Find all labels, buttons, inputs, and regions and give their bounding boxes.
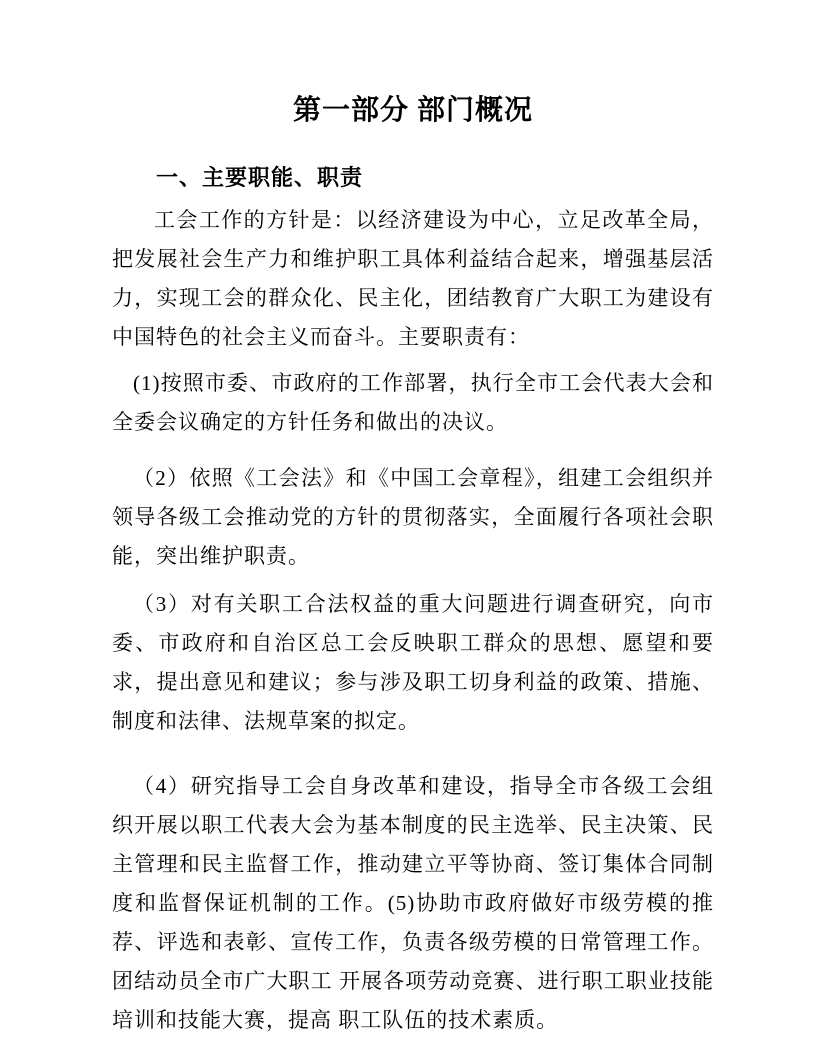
paragraph-duty-3: （3）对有关职工合法权益的重大问题进行调查研究，向市委、市政府和自治区总工会反映…: [112, 585, 714, 741]
document-title: 第一部分 部门概况: [112, 93, 714, 129]
paragraph-duty-4-5: （4）研究指导工会自身改革和建设，指导全市各级工会组织开展以职工代表大会为基本制…: [112, 767, 714, 1040]
paragraph-duty-2: （2）依照《工会法》和《中国工会章程》，组建工会组织并领导各级工会推动党的方针的…: [112, 459, 714, 576]
paragraph-duty-1: (1)按照市委、市政府的工作部署，执行全市工会代表大会和全委会议确定的方针任务和…: [112, 364, 714, 442]
section-heading: 一、主要职能、职责: [112, 164, 714, 192]
document-page: 第一部分 部门概况 一、主要职能、职责 工会工作的方针是：以经济建设为中心，立足…: [0, 0, 816, 1056]
paragraph-intro: 工会工作的方针是：以经济建设为中心，立足改革全局，把发展社会生产力和维护职工具体…: [112, 201, 714, 357]
